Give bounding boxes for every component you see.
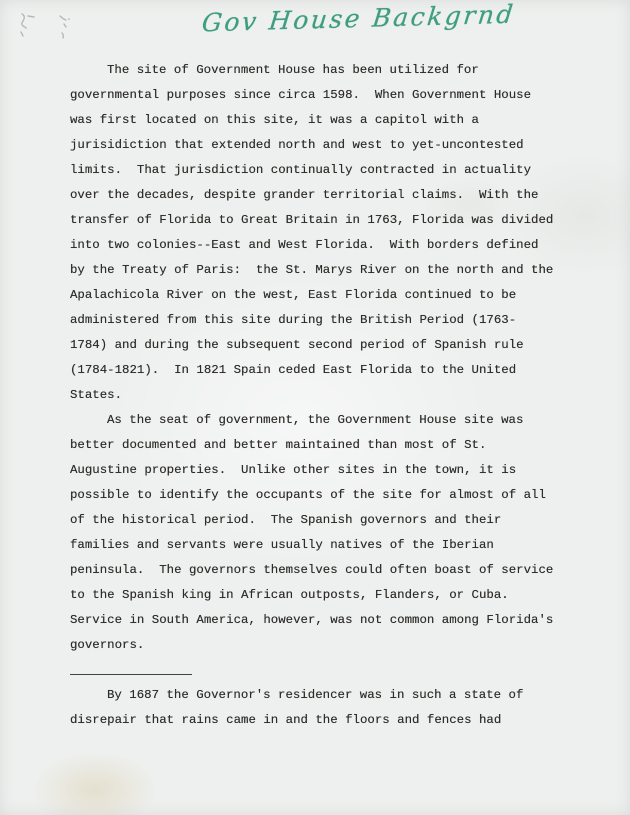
body-line: possible to identify the occupants of th… <box>70 483 553 508</box>
body-line: jurisidiction that extended north and we… <box>70 133 553 158</box>
document-body: The site of Government House has been ut… <box>70 58 553 658</box>
body-line: Service in South America, however, was n… <box>70 608 553 633</box>
body-line: transfer of Florida to Great Britain in … <box>70 208 553 233</box>
body-line: limits. That jurisdiction continually co… <box>70 158 553 183</box>
body-line: As the seat of government, the Governmen… <box>70 408 553 433</box>
body-line: governmental purposes since circa 1598. … <box>70 83 553 108</box>
body-line: The site of Government House has been ut… <box>70 58 553 83</box>
body-line: of the historical period. The Spanish go… <box>70 508 553 533</box>
body-line: was first located on this site, it was a… <box>70 108 553 133</box>
handwritten-annotation: Gov House Backgrnd <box>200 0 516 37</box>
body-line: to the Spanish king in African outposts,… <box>70 583 553 608</box>
body-line: peninsula. The governors themselves coul… <box>70 558 553 583</box>
body-line: States. <box>70 383 553 408</box>
body-line: 1784) and during the subsequent second p… <box>70 333 553 358</box>
body-line: Augustine properties. Unlike other sites… <box>70 458 553 483</box>
body-line: better documented and better maintained … <box>70 433 553 458</box>
body-line: over the decades, despite grander territ… <box>70 183 553 208</box>
footnote-line: By 1687 the Governor's residencer was in… <box>70 683 523 708</box>
scanned-document-page: Gov House Backgrnd The site of Governmen… <box>0 0 630 815</box>
body-line: governors. <box>70 633 553 658</box>
footnote-text: By 1687 the Governor's residencer was in… <box>70 683 523 733</box>
footnote-line: disrepair that rains came in and the flo… <box>70 708 523 733</box>
pencil-scribble-mark <box>14 6 80 46</box>
body-line: families and servants were usually nativ… <box>70 533 553 558</box>
body-line: into two colonies--East and West Florida… <box>70 233 553 258</box>
footnote-separator <box>70 674 192 675</box>
body-line: (1784-1821). In 1821 Spain ceded East Fl… <box>70 358 553 383</box>
body-line: by the Treaty of Paris: the St. Marys Ri… <box>70 258 553 283</box>
body-line: administered from this site during the B… <box>70 308 553 333</box>
body-line: Apalachicola River on the west, East Flo… <box>70 283 553 308</box>
